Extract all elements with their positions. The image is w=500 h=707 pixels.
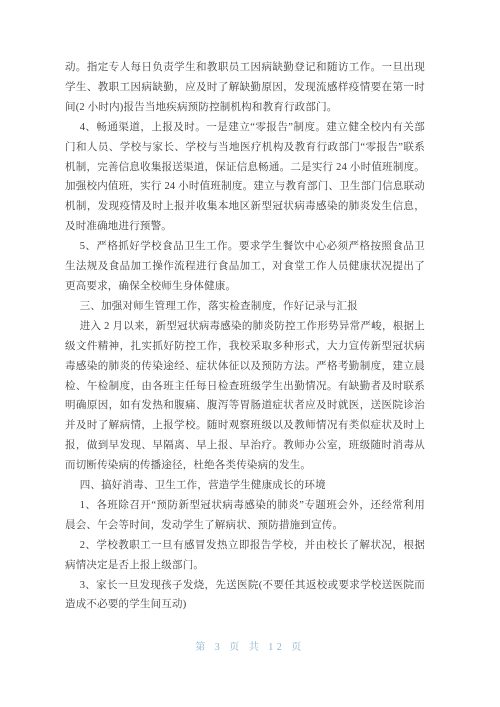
paragraph: 1、各班除召开“预防新型冠状病毒感染的肺炎”专题班会外，还经常利用晨会、午会等时…	[65, 496, 425, 536]
paragraph: 5、严格抓好学校食品卫生工作。要求学生餐饮中心必须严格按照食品卫生法规及食品加工…	[65, 237, 425, 297]
paragraph: 4、畅通渠道，上报及时。一是建立“零报告”制度。建立健全校内有关部门和人员、学校…	[65, 118, 425, 237]
paragraph: 动。指定专人每日负责学生和教职员工因病缺勤登记和随访工作。一旦出现学生、教职工因…	[65, 58, 425, 118]
section-heading: 四、搞好消毒、卫生工作，营造学生健康成长的环境	[65, 476, 425, 496]
page-number-text: 第 3 页 共 12 页	[195, 642, 305, 653]
document-page: 动。指定专人每日负责学生和教职员工因病缺勤登记和随访工作。一旦出现学生、教职工因…	[0, 0, 500, 707]
paragraph: 2、学校教职工一旦有感冒发热立即报告学校，并由校长了解状况，根据病情决定是否上报…	[65, 536, 425, 576]
paragraph: 3、家长一旦发现孩子发烧，先送医院(不要任其返校或要求学校送医院而造成不必要的学…	[65, 576, 425, 616]
section-heading: 三、加强对师生管理工作，落实检查制度，作好记录与汇报	[65, 297, 425, 317]
paragraph: 进入 2 月以来，新型冠状病毒感染的肺炎防控工作形势异常严峻，根据上级文件精神，…	[65, 317, 425, 476]
document-body: 动。指定专人每日负责学生和教职员工因病缺勤登记和随访工作。一旦出现学生、教职工因…	[65, 58, 425, 615]
page-footer: 第 3 页 共 12 页	[0, 640, 500, 656]
